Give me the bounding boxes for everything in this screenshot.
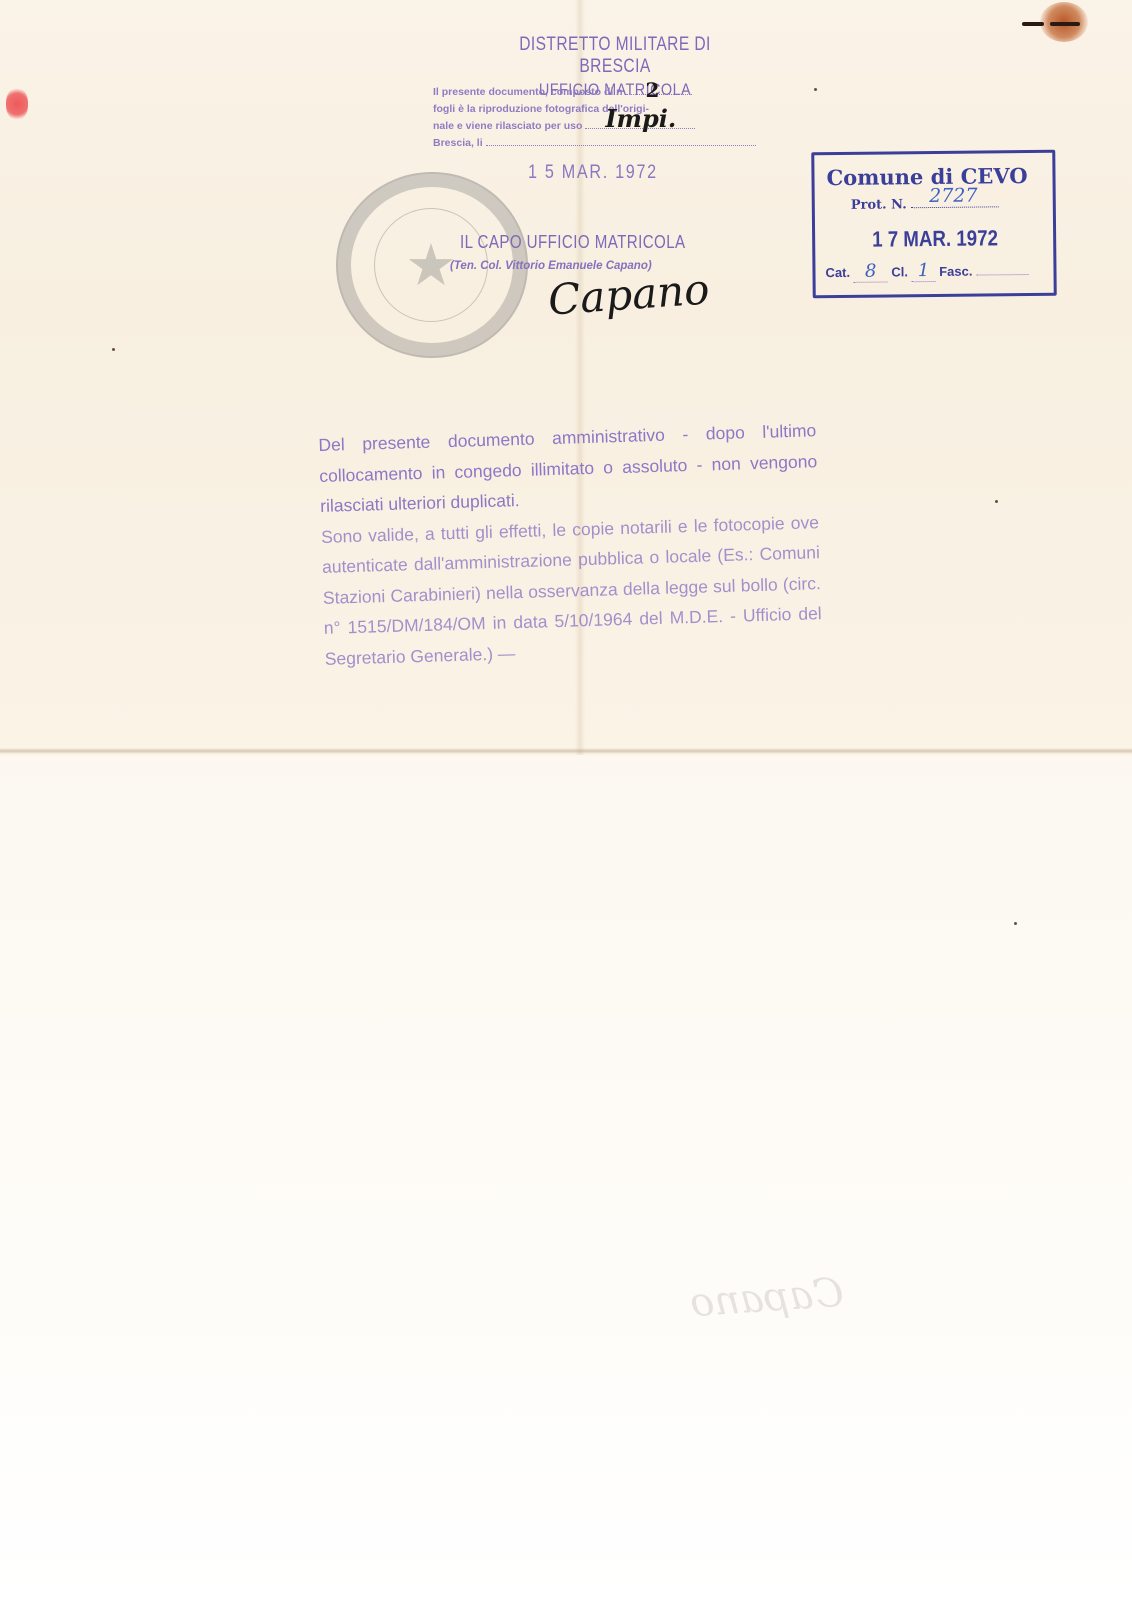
cert-line-1: Il presente documento, composto di n 2 [433,84,793,101]
date-field [486,145,756,146]
red-stain [6,88,28,120]
staple-mark [1050,22,1080,26]
municipal-stamp: Comune di CEVO Prot. N. 2727 1 7 MAR. 19… [811,150,1057,299]
speck [112,348,115,351]
chief-title: IL CAPO UFFICIO MATRICOLA [460,232,686,253]
notice-paragraph-1: Del presente documento amministrativo - … [318,415,818,521]
cert-line-4: Brescia, li [433,135,793,152]
speck [814,88,817,91]
use-handwritten: Impi. [605,110,676,127]
district-name: DISTRETTO MILITARE DI BRESCIA [488,34,742,78]
certification-block: Il presente documento, composto di n 2 f… [433,84,793,152]
classification-line: Cat. 8 Cl. 1 Fasc. [825,259,1028,283]
protocol-field: 2727 [911,194,999,208]
notice-paragraph-2: Sono valide, a tutti gli effetti, le cop… [321,507,823,674]
issue-date-stamp: 1 5 MAR. 1972 [528,162,658,184]
speck [995,500,998,503]
received-date: 1 7 MAR. 1972 [872,225,998,252]
duplicate-notice: Del presente documento amministrativo - … [318,415,823,674]
paper-lower-half [0,755,1132,1600]
horizontal-fold-line [0,748,1132,754]
protocol-number: 2727 [929,185,978,208]
class-value: 1 [918,260,930,281]
use-field: Impi. [585,128,695,129]
staple-mark [1022,22,1044,26]
category-value: 8 [865,261,877,282]
pages-field: 2 [626,94,692,95]
pages-count: 2 [646,82,660,99]
cert-line-3: nale e viene rilasciato per uso Impi. [433,118,793,135]
protocol-line: Prot. N. 2727 [851,194,1000,213]
fasc-field [976,274,1028,276]
speck [1014,922,1017,925]
municipal-title: Comune di CEVO [826,163,1027,190]
